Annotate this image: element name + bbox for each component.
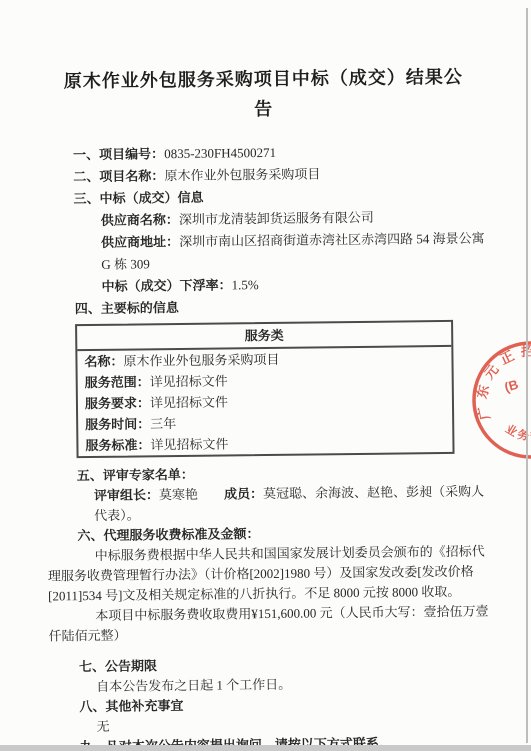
project-name-value: 原木作业外包服务采购项目: [164, 166, 320, 183]
stamp-code-text: (B: [503, 377, 520, 395]
project-number-label: 一、项目编号：: [73, 146, 164, 162]
row-value: 详见招标文件: [150, 436, 228, 452]
review-leader-label: 评审组长：: [94, 487, 159, 503]
svg-text:业务专用章: 业务专用章: [460, 332, 531, 444]
row-label: 服务时间：: [85, 416, 150, 432]
project-name-label: 二、项目名称：: [73, 168, 164, 184]
project-number-value: 0835-230FH4500271: [164, 145, 276, 161]
row-value: 原木作业外包服务采购项目: [123, 352, 279, 369]
scanned-document-page: 原木作业外包服务采购项目中标（成交）结果公 告 一、项目编号：0835-230F…: [0, 0, 531, 751]
page-title-line1: 原木作业外包服务采购项目中标（成交）结果公: [42, 62, 484, 97]
row-value: 三年: [150, 416, 176, 431]
stamp-banner-text: 业务专用章: [460, 332, 531, 444]
svg-text:广东元正招标采购: 广东元正招标采购: [473, 343, 531, 422]
row-value: 详见招标文件: [150, 373, 228, 389]
row-value: 详见招标文件: [150, 394, 228, 410]
discount-rate-value: 1.5%: [232, 277, 259, 292]
scan-page-edge-right: [526, 8, 528, 743]
discount-rate-label: 中标（成交）下浮率：: [102, 277, 232, 293]
members-label: 成员：: [224, 486, 263, 501]
section-subject-info-heading: 四、主要标的信息: [45, 294, 487, 321]
stamp-arc-text: 广东元正招标采购: [473, 343, 531, 422]
supplier-name-value: 深圳市龙清装卸货运服务有限公司: [179, 210, 374, 227]
subject-info-table: 服务类 名称：原木作业外包服务采购项目 服务范围：详见招标文件 服务要求：详见招…: [75, 320, 454, 458]
supplier-name-label: 供应商名称：: [101, 212, 179, 228]
page-title: 原木作业外包服务采购项目中标（成交）结果公 告: [42, 62, 485, 127]
supplier-address-label: 供应商地址：: [101, 234, 179, 250]
review-leader-name: 莫寒艳: [159, 487, 198, 502]
scan-page-edge-bottom: [0, 745, 531, 751]
row-label: 名称：: [84, 354, 123, 369]
red-seal-stamp-icon: 广东元正招标采购 业务专用章 (B: [460, 332, 531, 470]
experts-line: 评审组长：莫寒艳成员：莫冠聪、余海波、赵艳、彭昶（采购人代表）。: [47, 481, 489, 526]
row-label: 服务标准：: [85, 437, 150, 453]
page-title-line2: 告: [42, 92, 484, 127]
document-body: 原木作业外包服务采购项目中标（成交）结果公 告 一、项目编号：0835-230F…: [42, 56, 492, 751]
agency-fee-paragraph-1: 中标服务费根据中华人民共和国国家发展计划委员会颁布的《招标代理服务收费管理暂行办…: [48, 541, 491, 606]
agency-fee-paragraph-2: 本项目中标服务费收取费用¥151,600.00 元（人民币大写：壹拾伍万壹仟陆佰…: [48, 601, 490, 646]
row-label: 服务范围：: [85, 374, 150, 390]
table-row: 服务标准：详见招标文件: [78, 431, 452, 456]
row-label: 服务要求：: [85, 395, 150, 411]
lower-sections: 五、评审专家名单： 评审组长：莫寒艳成员：莫冠聪、余海波、赵艳、彭昶（采购人代表…: [47, 461, 492, 751]
supplier-address-line: 供应商地址：深圳市南山区招商街道赤湾社区赤湾四路 54 海景公寓 G 栋 309: [44, 228, 486, 277]
